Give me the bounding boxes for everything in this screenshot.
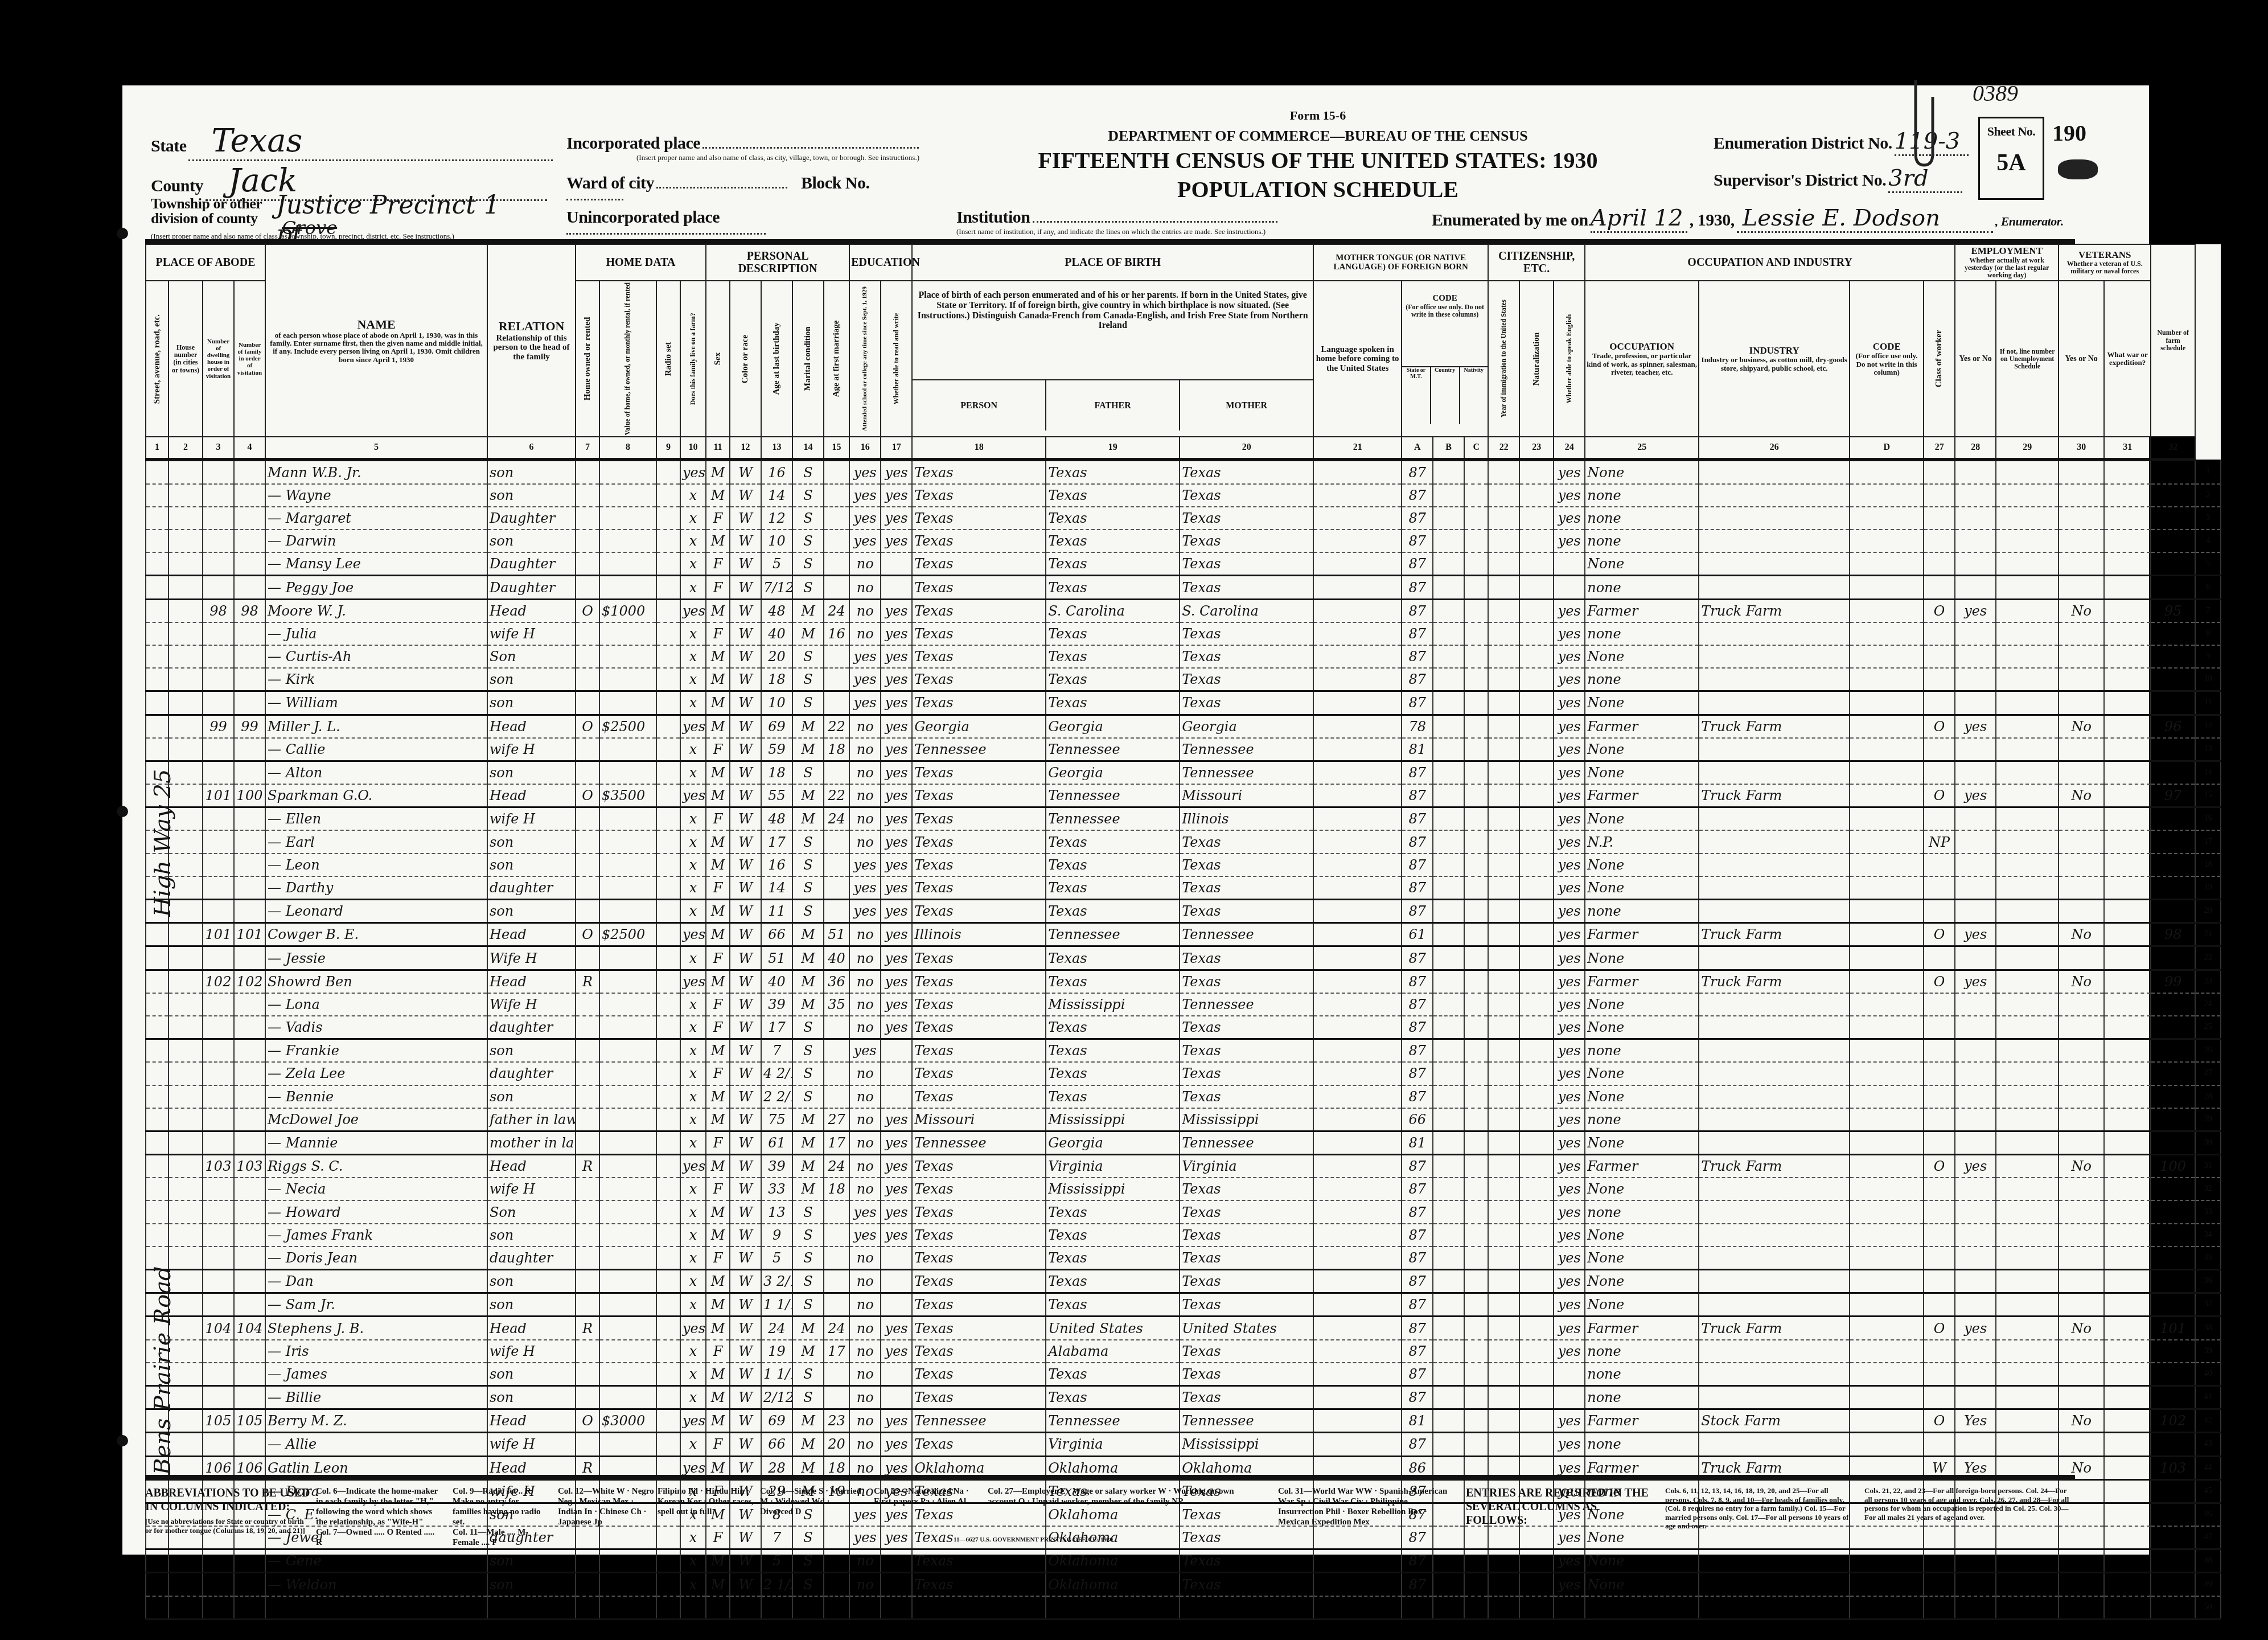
cell-relation: wife H [487,807,576,831]
empty-cell [1313,900,1402,923]
empty-cell [1488,738,1519,761]
cell-farm: x [680,946,706,970]
cell-code-a: 81 [1402,1409,1433,1433]
cell-owned: O [576,599,599,622]
cell-birth: Texas [912,1178,1046,1200]
empty-cell [2104,691,2151,715]
empty-cell [1464,946,1488,970]
cell-age-marriage: 24 [824,599,849,622]
cell-occupation: none [1585,668,1699,691]
cell-birth [912,1596,1046,1619]
cell-farm-sched [2151,668,2195,691]
empty-cell [1433,1039,1464,1063]
group-citizenship: CITIZENSHIP, ETC. [1488,244,1585,281]
cell-birth: Texas [912,900,1046,923]
cell-family [234,1433,265,1456]
cell-farm: x [680,622,706,645]
cell-age: 16 [761,854,792,876]
cell-read [881,1247,912,1270]
cell-dwelling [203,668,234,691]
empty-cell [2104,507,2151,530]
column-number: 24 [1554,437,1585,460]
cell-father [1046,1596,1180,1619]
cell-age-marriage [824,645,849,668]
cell-farm-sched [2151,1503,2195,1526]
cell-sex: M [706,1573,730,1596]
cell-dwelling: 104 [203,1317,234,1340]
cell-farm-sched [2151,1385,2195,1409]
empty-cell [1433,784,1464,807]
empty-cell [1464,1178,1488,1200]
empty-cell [1313,970,1402,993]
empty-cell [1313,1340,1402,1363]
empty-cell [169,1178,203,1200]
legend-col9-11: Col. 9—Radio set .. R Make no entry for … [453,1486,549,1548]
cell-value [599,1224,656,1247]
column-number: 5 [265,437,487,460]
cell-relation: son [487,1363,576,1386]
empty-cell [1433,807,1464,831]
empty-cell [1433,1317,1464,1340]
cell-code-a: 87 [1402,1085,1433,1108]
cell-farm-sched: 100 [2151,1155,2195,1178]
cell-class [1924,1573,1955,1596]
cell-radio [656,993,680,1016]
cell-class: O [1924,1155,1955,1178]
cell-radio [656,900,680,923]
empty-cell [1850,1409,1924,1433]
cell-marital: M [792,807,824,831]
enumerated-field: Enumerated by me on April 12 , 1930, Les… [1432,205,2064,233]
cell-industry [1699,1016,1850,1039]
cell-age: 20 [761,645,792,668]
cell-industry: Truck Farm [1699,784,1850,807]
cell-occupation: None [1585,876,1699,900]
empty-cell [1433,1409,1464,1433]
cell-age: 39 [761,1155,792,1178]
legend-col23: Col. 23—Naturalized Na · First papers Pa… [874,1486,976,1507]
column-number: B [1433,437,1464,460]
cell-vet [2059,1293,2104,1317]
cell-at-work [1955,1108,1996,1131]
cell-school: no [849,1016,881,1039]
empty-cell [1433,761,1464,784]
line-number: 20 [2195,900,2221,923]
empty-cell [1519,1340,1554,1363]
line-number: 28 [2195,1085,2221,1108]
cell-age: 59 [761,738,792,761]
cell-radio [656,622,680,645]
cell-at-work [1955,1270,1996,1293]
cell-father: S. Carolina [1046,599,1180,622]
column-number: 1 [146,437,169,460]
cell-birth: Texas [912,552,1046,576]
cell-class: O [1924,715,1955,738]
empty-cell [1313,1247,1402,1270]
empty-cell [1850,715,1924,738]
cell-marital: S [792,1247,824,1270]
group-occupation: OCCUPATION AND INDUSTRY [1585,244,1955,281]
empty-cell [2104,854,2151,876]
empty-cell [1996,1062,2059,1085]
cell-school: no [849,576,881,599]
empty-cell [1464,599,1488,622]
cell-dwelling [203,1293,234,1317]
cell-at-work [1955,484,1996,507]
table-row: — VadisdaughterxFW17SnoyesTexasTexasTexa… [146,1016,2221,1039]
cell-name: — Zela Lee [265,1062,487,1085]
cell-name: — Callie [265,738,487,761]
cell-race: W [730,1039,761,1063]
cell-relation: daughter [487,1016,576,1039]
cell-value [599,1062,656,1085]
cell-value [599,622,656,645]
cell-farm-sched [2151,1200,2195,1223]
cell-industry [1699,576,1850,599]
cell-birth: Texas [912,645,1046,668]
cell-family [234,738,265,761]
cell-english: yes [1554,830,1585,853]
cell-owned [576,876,599,900]
cell-owned [576,1573,599,1596]
empty-cell [146,1596,169,1619]
cell-marital: S [792,645,824,668]
cell-marital: S [792,552,824,576]
cell-code-a: 87 [1402,854,1433,876]
cell-family [234,761,265,784]
empty-cell [1519,946,1554,970]
empty-cell [1519,1293,1554,1317]
column-number: 26 [1699,437,1850,460]
cell-race: W [730,460,761,483]
cell-occupation: None [1585,1293,1699,1317]
cell-birth: Texas [912,668,1046,691]
cell-sex: M [706,530,730,552]
cell-dwelling [203,1062,234,1085]
cell-father: Alabama [1046,1340,1180,1363]
cell-radio [656,1085,680,1108]
cell-radio [656,576,680,599]
empty-cell [1850,1200,1924,1223]
col-28-header: Yes or No [1955,281,1996,437]
empty-cell [2104,552,2151,576]
empty-cell [1488,900,1519,923]
empty-cell [1519,761,1554,784]
cell-radio [656,530,680,552]
cell-mother: Tennessee [1180,761,1313,784]
group-veterans: VETERANSWhether a veteran of U.S. milita… [2059,244,2151,281]
cell-age-marriage [824,552,849,576]
cell-class [1924,484,1955,507]
empty-cell [1313,691,1402,715]
cell-owned [576,1293,599,1317]
cell-class [1924,1178,1955,1200]
empty-cell [1519,507,1554,530]
cell-code-a: 87 [1402,876,1433,900]
cell-school: no [849,923,881,946]
cell-age-marriage [824,460,849,483]
cell-occupation: none [1585,1363,1699,1386]
line-number: 40 [2195,1363,2221,1386]
table-row: — JamessonxMW1 1/12SnoTexasTexasTexas87n… [146,1363,2221,1386]
empty-cell [169,715,203,738]
cell-sex: F [706,1247,730,1270]
cell-vet [2059,1200,2104,1223]
cell-occupation: none [1585,1108,1699,1131]
line-number: 24 [2195,993,2221,1016]
empty-cell [169,530,203,552]
cell-vet [2059,900,2104,923]
table-row: — Zela LeedaughterxFW4 2/12SnoTexasTexas… [146,1062,2221,1085]
empty-cell [1313,1224,1402,1247]
cell-father: Texas [1046,1200,1180,1223]
cell-race: W [730,946,761,970]
cell-occupation: none [1585,576,1699,599]
cell-code-a: 61 [1402,923,1433,946]
cell-value: $2500 [599,923,656,946]
cell-father: Tennessee [1046,784,1180,807]
cell-school: no [849,1178,881,1200]
cell-class [1924,1131,1955,1154]
cell-farm [680,1596,706,1619]
cell-race: W [730,530,761,552]
empty-cell [2104,715,2151,738]
empty-cell [1464,1385,1488,1409]
empty-cell [1488,993,1519,1016]
cell-english: yes [1554,807,1585,831]
cell-name: — Leon [265,854,487,876]
cell-age-marriage: 24 [824,807,849,831]
line-number: 11 [2195,691,2221,715]
col-11-header: Sex [706,281,730,437]
cell-code-a: 78 [1402,715,1433,738]
cell-code-a: 81 [1402,738,1433,761]
empty-cell [1433,1178,1464,1200]
cell-race: W [730,807,761,831]
cell-school: no [849,970,881,993]
column-number: 17 [881,437,912,460]
cell-radio [656,1224,680,1247]
table-row: — Manniemother in lawxFW61M17noyesTennes… [146,1131,2221,1154]
cell-owned [576,1085,599,1108]
cell-vet [2059,854,2104,876]
cell-school: no [849,1573,881,1596]
empty-cell [1850,854,1924,876]
cell-class: O [1924,784,1955,807]
cell-owned: O [576,923,599,946]
cell-school: no [849,830,881,853]
line-number: 36 [2195,1270,2221,1293]
cell-marital: M [792,622,824,645]
empty-cell [169,1131,203,1154]
cell-mother: Tennessee [1180,1409,1313,1433]
empty-cell [1433,715,1464,738]
cell-name: — Mansy Lee [265,552,487,576]
cell-farm: x [680,807,706,831]
cell-age-marriage [824,1293,849,1317]
empty-cell [1488,599,1519,622]
cell-value [599,1385,656,1409]
cell-mother: Texas [1180,484,1313,507]
cell-vet [2059,1247,2104,1270]
cell-industry [1699,484,1850,507]
cell-dwelling [203,484,234,507]
column-number: 18 [912,437,1046,460]
cell-school: no [849,599,881,622]
cell-industry: Stock Farm [1699,1409,1850,1433]
empty-cell [1850,507,1924,530]
empty-cell [1313,1363,1402,1386]
empty-cell [1519,1573,1554,1596]
empty-cell [146,1155,169,1178]
col-c-header: Nativity [1460,367,1488,424]
cell-english: yes [1554,1155,1585,1178]
empty-cell [146,1062,169,1085]
cell-value [599,552,656,576]
cell-dwelling [203,1340,234,1363]
empty-cell [1996,1573,2059,1596]
col-21-header: Language spoken in home before coming to… [1313,281,1402,437]
cell-sex: M [706,830,730,853]
cell-owned: R [576,1155,599,1178]
empty-cell [1519,807,1554,831]
cell-school: no [849,738,881,761]
line-number: 4 [2195,530,2221,552]
cell-read: yes [881,900,912,923]
cell-read: yes [881,622,912,645]
cell-farm-sched [2151,854,2195,876]
col-name-header: NAMEof each person whose place of abode … [265,244,487,437]
table-row: — Mansy LeeDaughterxFW5SnoTexasTexasTexa… [146,552,2221,576]
cell-radio [656,507,680,530]
empty-cell [2104,761,2151,784]
cell-english: yes [1554,1178,1585,1200]
incorporated-field: Incorporated place (Insert proper name a… [566,134,919,162]
cell-english: yes [1554,1340,1585,1363]
cell-age: 75 [761,1108,792,1131]
cell-owned [576,854,599,876]
cell-class [1924,738,1955,761]
empty-cell [146,460,169,483]
empty-cell [1488,576,1519,599]
cell-code-a: 66 [1402,1108,1433,1131]
table-row: — BenniesonxMW2 2/12SnoTexasTexasTexas87… [146,1085,2221,1108]
column-number: 32 [2151,437,2195,460]
cell-sex: F [706,807,730,831]
table-row: 105105Berry M. Z.HeadO$3000yesMW69M23noy… [146,1409,2221,1433]
cell-value [599,460,656,483]
empty-cell [1996,1270,2059,1293]
cell-race: W [730,576,761,599]
cell-sex: M [706,761,730,784]
cell-mother: Texas [1180,1062,1313,1085]
empty-cell [169,576,203,599]
cell-vet: No [2059,1409,2104,1433]
empty-cell [1464,1433,1488,1456]
cell-class: O [1924,923,1955,946]
cell-english: yes [1554,854,1585,876]
cell-farm: x [680,1178,706,1200]
cell-relation: wife H [487,1433,576,1456]
empty-cell [2104,1385,2151,1409]
empty-cell [1313,923,1402,946]
cell-class [1924,1200,1955,1223]
empty-cell [1488,1224,1519,1247]
cell-marital: M [792,1340,824,1363]
cell-occupation: none [1585,622,1699,645]
cell-age-marriage: 40 [824,946,849,970]
cell-code-a: 87 [1402,900,1433,923]
column-number: A [1402,437,1433,460]
cell-farm-sched [2151,691,2195,715]
col-10-header: Does this family live on a farm? [680,281,706,437]
empty-cell [1433,900,1464,923]
cell-dwelling [203,1363,234,1386]
line-number: 23 [2195,970,2221,993]
state-value: Texas [188,122,553,161]
cell-father: Texas [1046,946,1180,970]
empty-cell [1464,1062,1488,1085]
cell-age: 1 1/12 [761,1293,792,1317]
cell-at-work [1955,1573,1996,1596]
cell-code-a: 87 [1402,668,1433,691]
cell-farm: x [680,1247,706,1270]
cell-read: yes [881,691,912,715]
cell-class [1924,1293,1955,1317]
empty-cell [1313,599,1402,622]
cell-mother: Texas [1180,1247,1313,1270]
cell-family [234,1573,265,1596]
empty-cell [1313,876,1402,900]
cell-code-a: 87 [1402,1224,1433,1247]
cell-age: 7 [761,1039,792,1063]
empty-cell [169,507,203,530]
cell-marital: S [792,1062,824,1085]
cell-birth: Tennessee [912,1131,1046,1154]
empty-cell [1464,854,1488,876]
column-number: 20 [1180,437,1313,460]
cell-farm: x [680,854,706,876]
cell-age: 40 [761,622,792,645]
cell-at-work [1955,1131,1996,1154]
cell-mother: Missouri [1180,784,1313,807]
enumerator-label: , Enumerator. [1995,214,2064,228]
empty-cell [2104,668,2151,691]
cell-class [1924,900,1955,923]
empty-cell [1464,1247,1488,1270]
table-row: — JessieWife HxFW51M40noyesTexasTexasTex… [146,946,2221,970]
cell-industry [1699,830,1850,853]
cell-birth: Texas [912,576,1046,599]
cell-name: Showrd Ben [265,970,487,993]
cell-race: W [730,1293,761,1317]
empty-cell [2104,946,2151,970]
cell-industry [1699,507,1850,530]
cell-family [234,507,265,530]
cell-relation: daughter [487,1247,576,1270]
cell-value [599,970,656,993]
empty-cell [1464,507,1488,530]
cell-value [599,691,656,715]
empty-cell [2104,1479,2151,1503]
cell-school: yes [849,876,881,900]
cell-english [1554,1385,1585,1409]
cell-code-a: 87 [1402,993,1433,1016]
cell-age-marriage [824,1596,849,1619]
empty-cell [1433,970,1464,993]
empty-cell [1996,1247,2059,1270]
empty-cell [1519,1385,1554,1409]
